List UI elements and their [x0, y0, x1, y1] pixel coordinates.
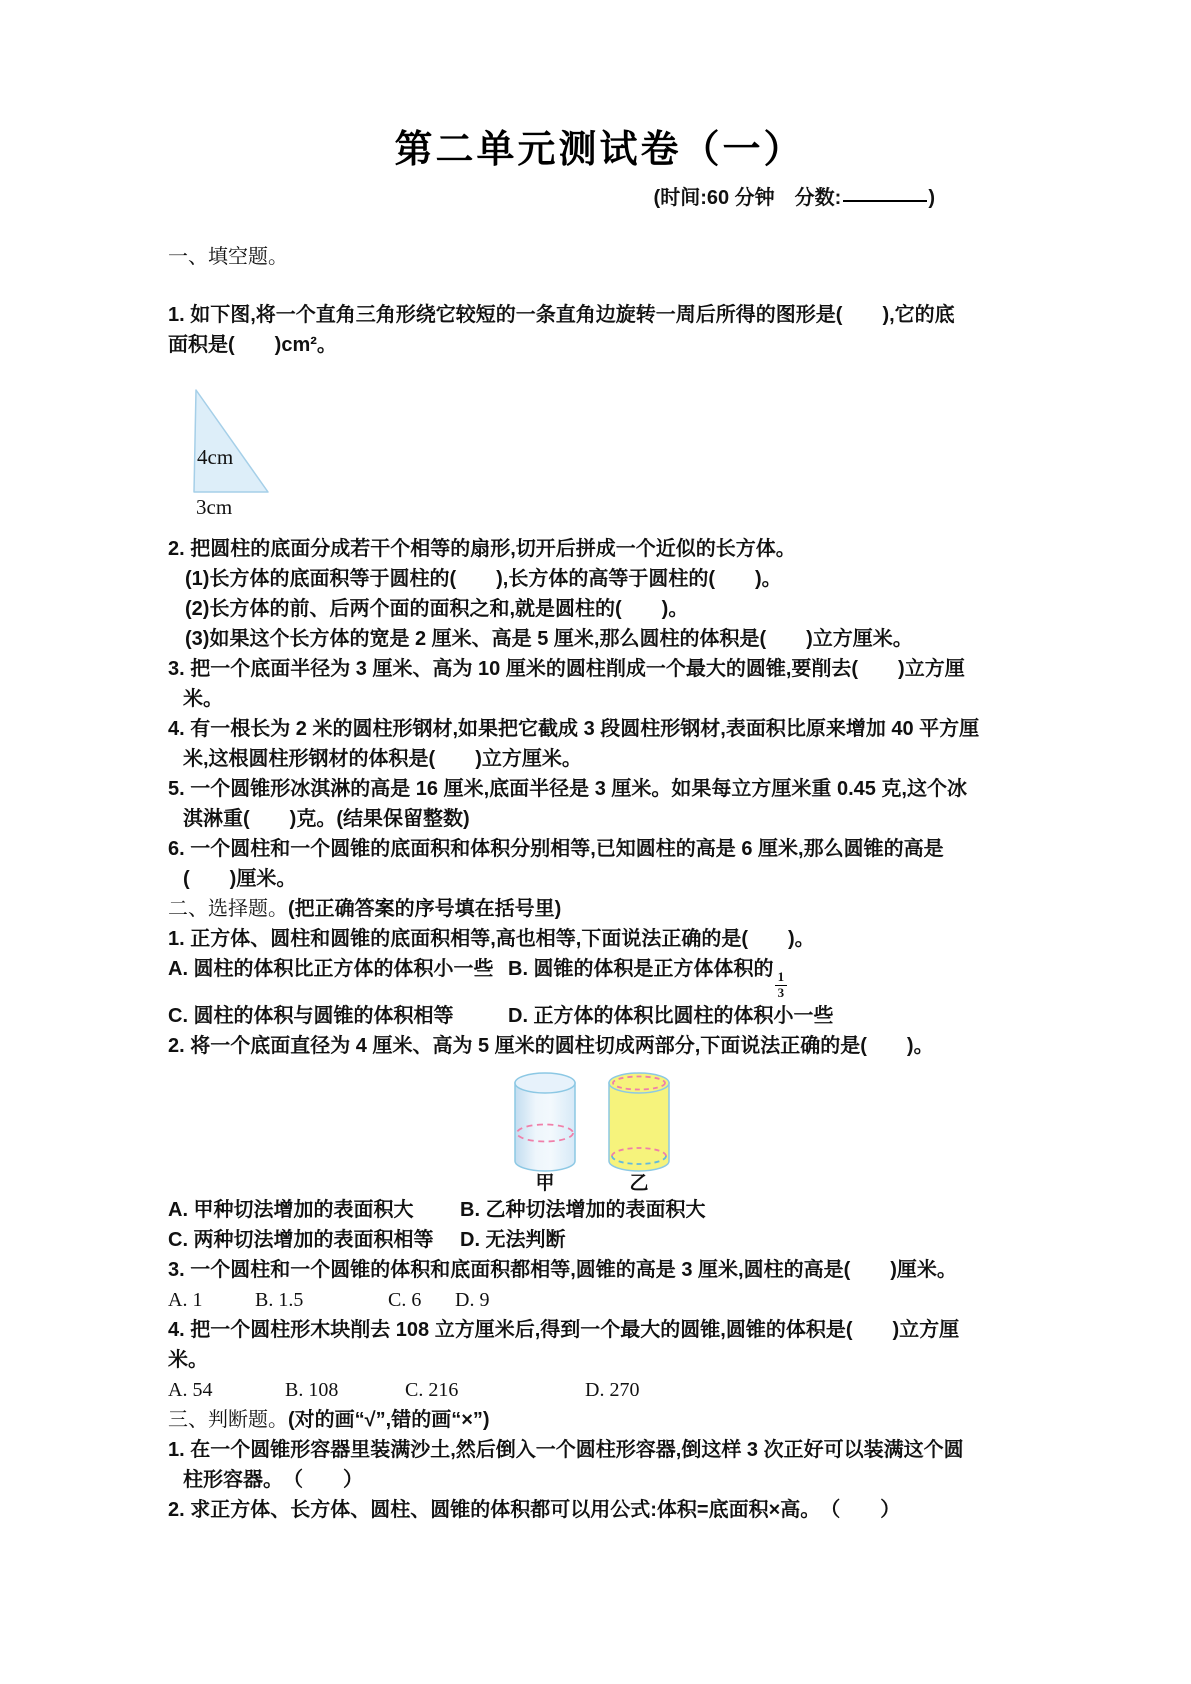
cylinder-jia-label: 甲	[535, 1172, 554, 1193]
s2-q1-option-d: D. 正方体的体积比圆柱的体积小一些	[508, 1005, 834, 1027]
s2-q2-option-c: C. 两种切法增加的表面积相等	[168, 1225, 460, 1255]
cylinder-jia: 甲	[515, 1073, 575, 1193]
s1-q5-line1: 5. 一个圆锥形冰淇淋的高是 16 厘米,底面半径是 3 厘米。如果每立方厘米重…	[168, 774, 1031, 804]
fraction-denominator: 3	[775, 986, 788, 1001]
s2-q4-option-c: C. 216	[405, 1375, 585, 1405]
s2-q3-text: 3. 一个圆柱和一个圆锥的体积和底面积都相等,圆锥的高是 3 厘米,圆柱的高是(…	[168, 1255, 1031, 1285]
s2-q1-option-c: C. 圆柱的体积与圆锥的体积相等	[168, 1001, 508, 1031]
s2-q1-text: 1. 正方体、圆柱和圆锥的底面积相等,高也相等,下面说法正确的是( )。	[168, 924, 1031, 954]
s2-q3-option-d: D. 9	[455, 1285, 489, 1315]
triangle-vertical-leg-label: 4cm	[197, 445, 233, 469]
score-blank	[843, 180, 927, 202]
s1-q6-line2: ( )厘米。	[168, 864, 1031, 894]
s3-q1-line1: 1. 在一个圆锥形容器里装满沙土,然后倒入一个圆柱形容器,倒这样 3 次正好可以…	[168, 1435, 1031, 1465]
s2-q1-option-b: B. 圆锥的体积是正方体体积的13	[508, 958, 787, 980]
right-triangle-shape	[194, 390, 268, 492]
section-1-heading: 一、填空题。	[168, 242, 1031, 272]
exam-info-suffix: )	[928, 187, 935, 209]
s1-q5-line2: 淇淋重( )克。(结果保留整数)	[168, 804, 1031, 834]
s2-q1-option-a: A. 圆柱的体积比正方体的体积小一些	[168, 954, 508, 984]
s2-q4-option-a: A. 54	[168, 1375, 285, 1405]
s1-q4-line1: 4. 有一根长为 2 米的圆柱形钢材,如果把它截成 3 段圆柱形钢材,表面积比原…	[168, 714, 1031, 744]
s1-q1-line1: 1. 如下图,将一个直角三角形绕它较短的一条直角边旋转一周后所得的图形是( ),…	[168, 300, 1031, 330]
s2-q3-option-a: A. 1	[168, 1285, 255, 1315]
s1-q6-line1: 6. 一个圆柱和一个圆锥的底面积和体积分别相等,已知圆柱的高是 6 厘米,那么圆…	[168, 834, 1031, 864]
s2-q1-option-b-text: B. 圆锥的体积是正方体体积的	[508, 958, 774, 980]
cylinder-yi: 乙	[609, 1073, 669, 1193]
page-title: 第二单元测试卷（一）	[168, 126, 1031, 174]
exam-info-prefix: (时间:60 分钟 分数:	[654, 187, 842, 209]
s1-q4-line2: 米,这根圆柱形钢材的体积是( )立方厘米。	[168, 744, 1031, 774]
s2-q2-options-ab: A. 甲种切法增加的表面积大B. 乙种切法增加的表面积大	[168, 1195, 1031, 1225]
s2-q3-options: A. 1B. 1.5C. 6D. 9	[168, 1285, 1031, 1315]
s2-q4-option-d: D. 270	[585, 1375, 639, 1405]
fraction-numerator: 1	[775, 970, 788, 986]
s2-q4-options: A. 54B. 108C. 216D. 270	[168, 1375, 1031, 1405]
test-paper-page: 第二单元测试卷（一） (时间:60 分钟 分数:) 一、填空题。 1. 如下图,…	[0, 0, 1191, 1684]
cylinders-figure: 甲 乙	[513, 1069, 693, 1193]
section-3-heading-note: (对的画“√”,错的画“×”)	[288, 1409, 490, 1431]
s1-q2-sub2: (2)长方体的前、后两个面的面积之和,就是圆柱的( )。	[168, 594, 1031, 624]
exam-info: (时间:60 分钟 分数:)	[168, 180, 1031, 212]
cylinder-yi-label: 乙	[629, 1173, 648, 1193]
s2-q2-option-a: A. 甲种切法增加的表面积大	[168, 1195, 460, 1225]
s2-q4-line1: 4. 把一个圆柱形木块削去 108 立方厘米后,得到一个最大的圆锥,圆锥的体积是…	[168, 1315, 1031, 1345]
s1-q3-line1: 3. 把一个底面半径为 3 厘米、高为 10 厘米的圆柱削成一个最大的圆锥,要削…	[168, 654, 1031, 684]
s2-q3-option-c: C. 6	[388, 1285, 455, 1315]
section-2-heading-text: 二、选择题。	[168, 898, 288, 920]
section-2-heading-note: (把正确答案的序号填在括号里)	[288, 898, 561, 920]
s2-q2-option-b: B. 乙种切法增加的表面积大	[460, 1199, 706, 1221]
section-3-heading: 三、判断题。(对的画“√”,错的画“×”)	[168, 1405, 1031, 1435]
s2-q4-option-b: B. 108	[285, 1375, 405, 1405]
s2-q3-option-b: B. 1.5	[255, 1285, 388, 1315]
right-triangle-figure: 4cm 3cm	[180, 388, 310, 520]
section-3-heading-text: 三、判断题。	[168, 1409, 288, 1431]
s3-q1-line2: 柱形容器。 （ ）	[168, 1465, 1031, 1495]
triangle-horizontal-leg-label: 3cm	[196, 495, 232, 519]
s2-q2-text: 2. 将一个底面直径为 4 厘米、高为 5 厘米的圆柱切成两部分,下面说法正确的…	[168, 1031, 1031, 1061]
s1-q2-sub1: (1)长方体的底面积等于圆柱的( ),长方体的高等于圆柱的( )。	[168, 564, 1031, 594]
s2-q4-line2: 米。	[168, 1345, 1031, 1375]
s1-q2-text: 2. 把圆柱的底面分成若干个相等的扇形,切开后拼成一个近似的长方体。	[168, 534, 1031, 564]
s3-q2-text: 2. 求正方体、长方体、圆柱、圆锥的体积都可以用公式:体积=底面积×高。 （ ）	[168, 1495, 1031, 1525]
s2-q1-options-ab: A. 圆柱的体积比正方体的体积小一些B. 圆锥的体积是正方体体积的13	[168, 954, 1031, 1001]
s2-q1-options-cd: C. 圆柱的体积与圆锥的体积相等D. 正方体的体积比圆柱的体积小一些	[168, 1001, 1031, 1031]
s1-q1-line2: 面积是( )cm²。	[168, 330, 1031, 360]
section-2-heading: 二、选择题。(把正确答案的序号填在括号里)	[168, 894, 1031, 924]
s2-q2-option-d: D. 无法判断	[460, 1229, 566, 1251]
s1-q3-line2: 米。	[168, 684, 1031, 714]
s1-q2-sub3: (3)如果这个长方体的宽是 2 厘米、高是 5 厘米,那么圆柱的体积是( )立方…	[168, 624, 1031, 654]
s2-q2-options-cd: C. 两种切法增加的表面积相等D. 无法判断	[168, 1225, 1031, 1255]
fraction-one-third: 13	[775, 970, 788, 1001]
